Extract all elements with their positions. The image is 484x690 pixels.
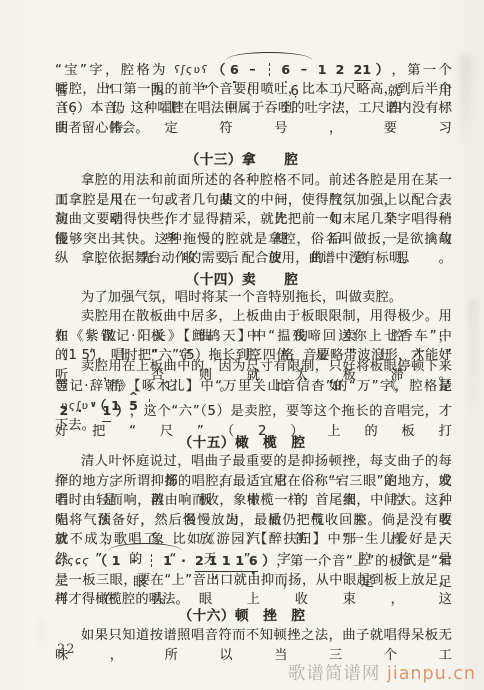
- text-line: 先将气预备好，然后慢慢放出，最后仍把气收回来。倘是没有收放，象放汽笛那样，: [55, 511, 452, 531]
- section-heading-ganlanqiang: （十五）橄 榄 腔: [0, 431, 484, 451]
- note: 2: [60, 401, 69, 421]
- text-line: 琶记·辞朝》【啄木儿】中“万里关山音信杳”的“万”字，腔格是ʋςʃʋ（15: [55, 377, 452, 397]
- paren: （: [94, 554, 107, 569]
- text-line: 句曲文要唱得快些，才显得精采，就先把前一句末尾几个字唱得稍慢一些，使后一句: [55, 210, 452, 230]
- gongche-notation: ʕʃςʋʕ: [173, 61, 209, 81]
- book-page: “宝”字，腔格为ʕʃςʋʕ（6–6–1221），第一个音“四”（6̣）就用 嚯腔…: [0, 0, 484, 690]
- scan-smudge: [468, 300, 478, 420]
- text-line: 清人叶怀庭说过，唱曲子最重要的是抑扬顿挫，每支曲子的每个字都有它一定发: [55, 452, 452, 472]
- note: 1: [112, 551, 121, 571]
- section-heading-naqiang: （十三）拿 腔: [0, 148, 484, 168]
- paragraph-ganlanqiang: 清人叶怀庭说过，唱曲子最重要的是抑扬顿挫，每支曲子的每个字都有它一定发 挥的地方…: [55, 452, 452, 550]
- paragraph-duncuoqiang: 如果只知道按谱照唱音符而不知顿挫之法，曲子就唱得呆板无味，所以当三个工: [55, 626, 452, 646]
- dot-note: ·: [77, 401, 82, 421]
- section-heading-duncuoqiang: （十六）顿 挫 腔: [0, 604, 484, 624]
- jianpu-notation: （1–1·2 1 1 1 6）: [94, 551, 276, 572]
- dot-note: ·: [181, 551, 186, 571]
- dashed-barline: [151, 554, 152, 567]
- dashed-barline: [269, 63, 270, 76]
- beamed-notes: 1: [102, 401, 111, 422]
- line-text: 琶记·辞朝》【啄木儿】中“万里关山音信杳”的“万”字，腔格是: [55, 379, 452, 394]
- note-with-hat: 5: [129, 396, 138, 416]
- text-line: ɕʃςɕϛ（1–1·2 1 1 1 6），第一个音“上”的板式是“宕三眼”，足足: [55, 551, 452, 571]
- paren: （: [212, 63, 225, 78]
- beamed-notes: 21: [354, 60, 372, 81]
- page-number: 22: [57, 642, 76, 657]
- text-line: 如果只知道按谱照唱音符而不知顿挫之法，曲子就唱得呆板无味，所以当三个工: [55, 626, 452, 646]
- text-line: 拿腔依据舞台动作的需要，配合使用，曲谱中没有标明。: [55, 249, 452, 269]
- note: 1: [318, 60, 327, 80]
- text-line: 能够突出其快。这种拖慢的腔就是拿腔，俗名叫做扳，是欲擒故纵，先收后放的意思。: [55, 230, 452, 250]
- watermark-site-name: 歌谱简谱网: [288, 664, 387, 684]
- paragraph-naqiang: 拿腔的用法和前面所述的各种腔格不同。前述各腔是用在某一工尺、某一腔上， 而拿腔是…: [55, 171, 452, 269]
- note-group: 2 1 1 1: [195, 553, 244, 568]
- dash-note: –: [301, 59, 307, 79]
- dash-note: –: [249, 59, 255, 79]
- text-line: 卖腔用在散板曲中居多，上板曲由于板眼限制，用得极少。用在散板曲中的卖腔，: [55, 307, 452, 327]
- scan-smudge: [38, 620, 46, 660]
- jianpu-notation: （6–6–1221）: [212, 60, 389, 81]
- jianpu-notation: 2·∨1）: [55, 396, 129, 422]
- text-line: 是一板三眼，要在“上”音出口就由抑而扬，从中眼起到板上放足，再在头眼上收束，这: [55, 571, 452, 591]
- slur-arc: [226, 52, 312, 60]
- text-line: 嚯腔，出口第一眼的前半个音要用喷吐，比本工尺略高，到后半个音仍旧回到“四”: [55, 80, 452, 100]
- note: 6: [281, 60, 290, 80]
- text-line: “宝”字，腔格为ʕʃςʋʕ（6–6–1221），第一个音“四”（6̣）就用: [55, 60, 452, 80]
- text-line: 唱时由轻而响，再由响而收，象橄榄一样，首尾细，中间大。这种唱法，名为橄榄腔，要: [55, 491, 452, 511]
- note: 6: [230, 60, 239, 80]
- text-line: 卖腔用在上板曲中的，因为尺寸有限制，只好将板眼停顿下来等待它。比如《琵: [55, 357, 452, 377]
- text-line: 如《紫钗记·阳关》【鹧鸪天】中“揾残啼回送你上七香车”中的“上”字，腔格是“上六…: [55, 327, 452, 347]
- beamed-notes: 2 1 1 1 6: [195, 551, 258, 572]
- text-line: 拿腔的用法和前面所述的各种腔格不同。前述各腔是用在某一工尺、某一腔上，: [55, 171, 452, 191]
- paragraph-ganlanqiang-notation: ɕʃςɕϛ（1–1·2 1 1 1 6），第一个音“上”的板式是“宕三眼”，足足…: [55, 551, 452, 610]
- watermark-site-url: jianpu.cn: [387, 664, 476, 684]
- note: 1: [163, 551, 172, 571]
- paragraph-huoqiang: “宝”字，腔格为ʕʃςʋʕ（6–6–1221），第一个音“四”（6̣）就用 嚯腔…: [55, 60, 452, 138]
- paren: ）: [262, 554, 275, 569]
- gongche-notation: ɕʃςɕϛ: [54, 552, 91, 572]
- paragraph-maiqiang-1: 为了加强气氛，唱时将某一个音特别拖长，叫做卖腔。: [55, 288, 452, 308]
- text-line: （6̣）本音。这种嚯腔在唱法中属于吞吐的吐字法，工尺谱内没有标明特定符号，要习: [55, 99, 452, 119]
- text-line: 挥的地方。所谓抑扬的唱腔，最适宜用在俗称“宕三眼”的地方，或者是散板中的卖腔，: [55, 472, 452, 492]
- dashed-barline: [149, 399, 150, 412]
- ban-mark: ∨: [90, 396, 97, 416]
- text-line: 2·∨1），这个“六”（5）是卖腔，要等这个拖长的音唱完，才好把“尺”（2）上的…: [55, 396, 452, 416]
- paren: ）: [116, 404, 129, 419]
- note: 6: [249, 553, 258, 568]
- line-text: “宝”字，腔格为: [55, 63, 168, 78]
- text-line: 为了加强气氛，唱时将某一个音特别拖长，叫做卖腔。: [55, 288, 452, 308]
- paragraph-maiqiang-3: 卖腔用在上板曲中的，因为尺寸有限制，只好将板眼停顿下来等待它。比如《琵 琶记·辞…: [55, 357, 452, 435]
- scan-smudge: [460, 55, 472, 145]
- watermark: 歌谱简谱网 jianpu.cn: [288, 660, 476, 685]
- paren: ）: [376, 63, 389, 78]
- dash-note: –: [131, 550, 137, 570]
- note: 2: [336, 60, 345, 80]
- text-line: 而拿腔是用在一句或者几句曲文的中间，使得气氛加强，以配合表演动作。比如某一: [55, 191, 452, 211]
- section-heading-maiqiang: （十四）卖 腔: [0, 268, 484, 288]
